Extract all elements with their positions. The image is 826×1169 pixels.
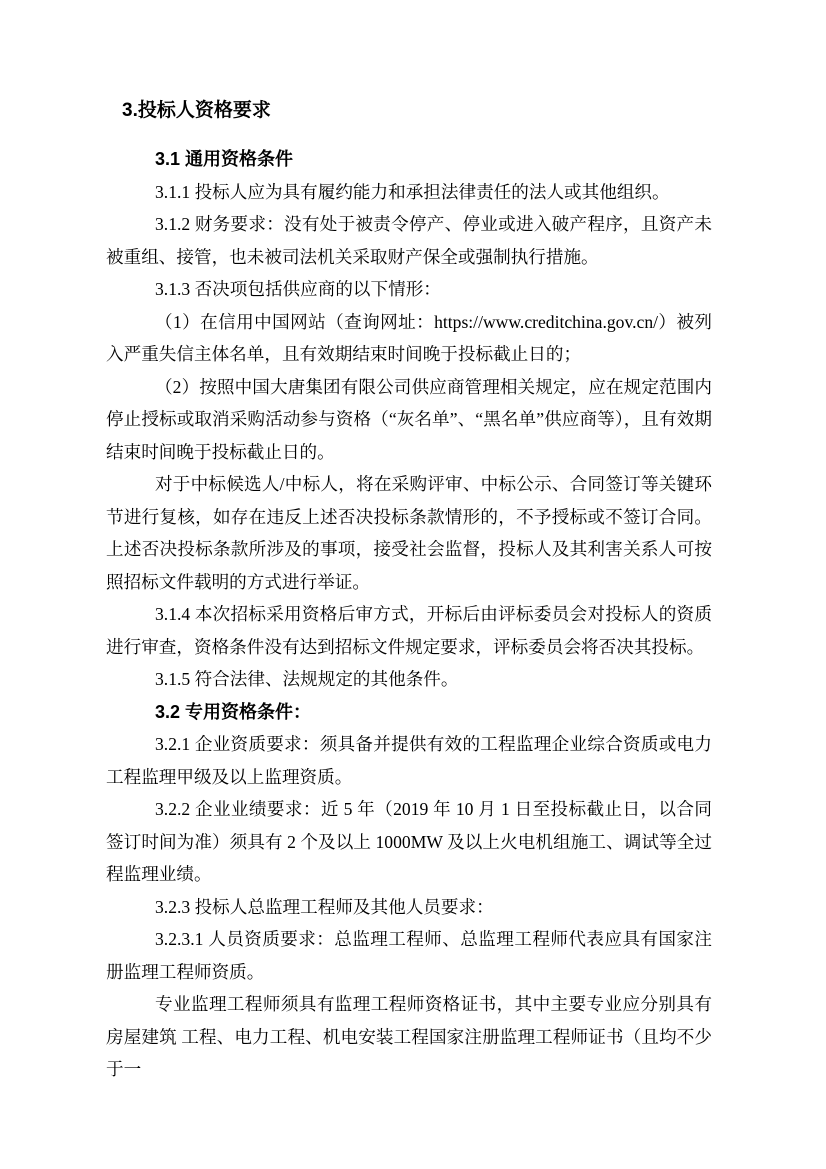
document-body: 3.1 通用资格条件3.1.1 投标人应为具有履约能力和承担法律责任的法人或其他… <box>106 143 712 1086</box>
paragraph: 3.1.3 否决项包括供应商的以下情形： <box>106 273 712 306</box>
paragraph: 3.2.2 企业业绩要求：近 5 年（2019 年 10 月 1 日至投标截止日… <box>106 793 712 891</box>
paragraph: 3.1.1 投标人应为具有履约能力和承担法律责任的法人或其他组织。 <box>106 176 712 209</box>
paragraph: 专业监理工程师须具有监理工程师资格证书，其中主要专业应分别具有房屋建筑 工程、电… <box>106 988 712 1086</box>
paragraph: 对于中标候选人/中标人，将在采购评审、中标公示、合同签订等关键环节进行复核，如存… <box>106 468 712 598</box>
paragraph: 3.2.1 企业资质要求：须具备并提供有效的工程监理企业综合资质或电力工程监理甲… <box>106 728 712 793</box>
subsection-heading: 3.2 专用资格条件： <box>106 696 712 729</box>
paragraph: 3.2.3.1 人员资质要求：总监理工程师、总监理工程师代表应具有国家注册监理工… <box>106 923 712 988</box>
paragraph: 3.1.5 符合法律、法规规定的其他条件。 <box>106 663 712 696</box>
paragraph: 3.1.4 本次招标采用资格后审方式，开标后由评标委员会对投标人的资质进行审查，… <box>106 598 712 663</box>
document-page: 3.投标人资格要求 3.1 通用资格条件3.1.1 投标人应为具有履约能力和承担… <box>0 0 826 1169</box>
paragraph: 3.1.2 财务要求：没有处于被责令停产、停业或进入破产程序，且资产未被重组、接… <box>106 208 712 273</box>
paragraph: 3.2.3 投标人总监理工程师及其他人员要求： <box>106 891 712 924</box>
paragraph: （2）按照中国大唐集团有限公司供应商管理相关规定，应在规定范围内停止授标或取消采… <box>106 371 712 469</box>
section-heading: 3.投标人资格要求 <box>106 94 712 127</box>
subsection-heading: 3.1 通用资格条件 <box>106 143 712 176</box>
paragraph: （1）在信用中国网站（查询网址：https://www.creditchina.… <box>106 306 712 371</box>
